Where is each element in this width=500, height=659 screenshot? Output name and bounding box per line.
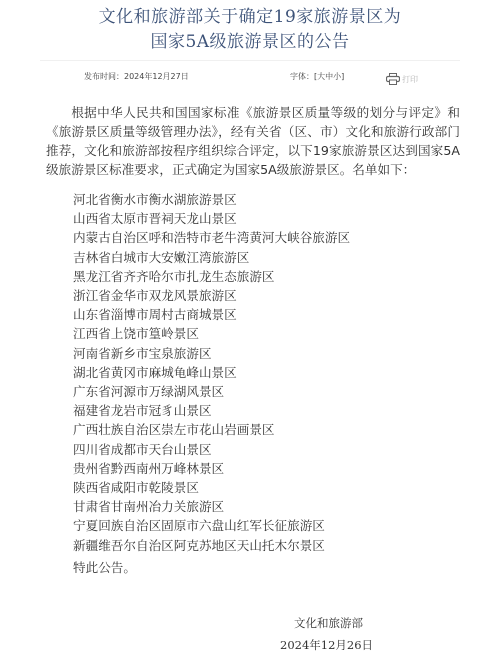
print-label: 打印 (402, 74, 418, 86)
header-divider (40, 60, 460, 61)
print-button[interactable]: 打印 (386, 70, 418, 89)
list-item: 甘肃省甘南州冶力关旅游区 (73, 497, 350, 516)
list-item: 河北省衡水市衡水湖旅游景区 (73, 190, 350, 209)
page-title-line-1: 文化和旅游部关于确定19家旅游景区为 (0, 5, 500, 29)
list-item: 福建省龙岩市冠豸山景区 (73, 401, 350, 420)
list-item: 陕西省咸阳市乾陵景区 (73, 478, 350, 497)
list-item: 宁夏回族自治区固原市六盘山红军长征旅游区 (73, 516, 350, 535)
announcement-body: 根据中华人民共和国国家标准《旅游景区质量等级的划分与评定》和《旅游景区质量等级管… (46, 103, 460, 179)
list-item: 四川省成都市天台山景区 (73, 440, 350, 459)
page-title-line-2: 国家5A级旅游景区的公告 (0, 30, 500, 54)
list-item: 新疆维吾尔自治区阿克苏地区天山托木尔景区 (73, 536, 350, 555)
signature-organization: 文化和旅游部 (294, 615, 363, 631)
list-item: 河南省新乡市宝泉旅游区 (73, 344, 350, 363)
scenic-area-list: 河北省衡水市衡水湖旅游景区 山西省太原市晋祠天龙山景区 内蒙古自治区呼和浩特市老… (73, 190, 350, 555)
list-item: 山东省淄博市周村古商城景区 (73, 305, 350, 324)
list-item: 内蒙古自治区呼和浩特市老牛湾黄河大峡谷旅游区 (73, 228, 350, 247)
list-item: 江西省上饶市篁岭景区 (73, 324, 350, 343)
publish-time: 发布时间：2024年12月27日 (84, 71, 189, 83)
font-size-selector[interactable]: 字体：[大中小] (290, 71, 344, 83)
closing-statement: 特此公告。 (73, 558, 136, 577)
signature-date: 2024年12月26日 (280, 637, 373, 653)
list-item: 山西省太原市晋祠天龙山景区 (73, 209, 350, 228)
list-item: 广西壮族自治区崇左市花山岩画景区 (73, 420, 350, 439)
intro-paragraph: 根据中华人民共和国国家标准《旅游景区质量等级的划分与评定》和《旅游景区质量等级管… (46, 103, 460, 179)
list-item: 吉林省白城市大安嫩江湾旅游区 (73, 248, 350, 267)
list-item: 浙江省金华市双龙风景旅游区 (73, 286, 350, 305)
list-item: 湖北省黄冈市麻城龟峰山景区 (73, 363, 350, 382)
list-item: 黑龙江省齐齐哈尔市扎龙生态旅游区 (73, 267, 350, 286)
list-item: 广东省河源市万绿湖风景区 (73, 382, 350, 401)
list-item: 贵州省黔西南州万峰林景区 (73, 459, 350, 478)
printer-icon (386, 70, 400, 89)
